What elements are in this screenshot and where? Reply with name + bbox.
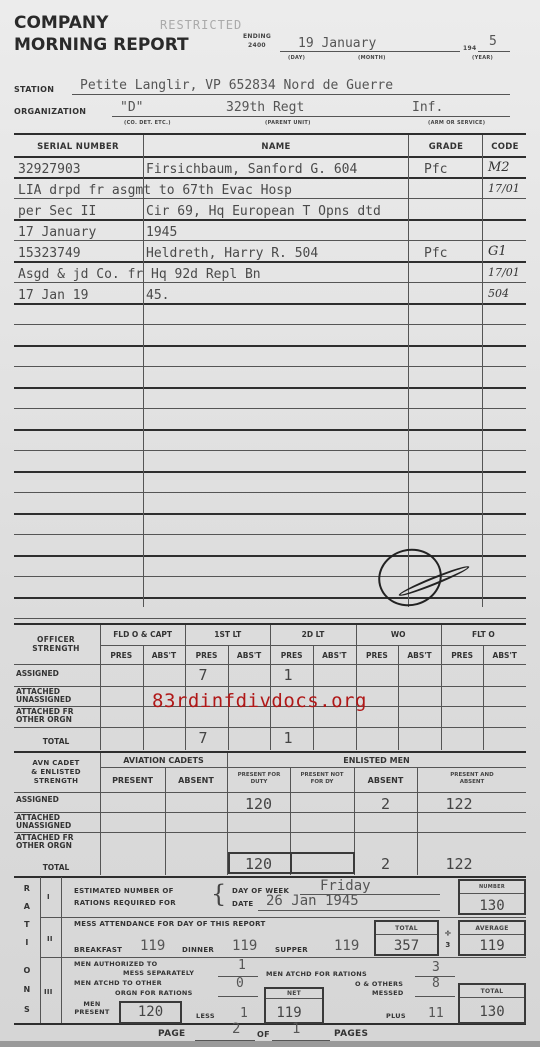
roster-grade: Pfc (424, 246, 447, 261)
estimated-label-2: RATIONS REQUIRED FOR (74, 899, 176, 907)
officer-sub-header: ABS'T (313, 651, 356, 660)
day-caption: (DAY) (288, 55, 305, 61)
station-value: Petite Langlir, VP 652834 Nord de Guerre (80, 78, 393, 93)
sub-present: PRESENT (100, 776, 165, 785)
sub-present-for-duty: PRESENT FOR DUTY (236, 772, 282, 786)
page-label: PAGE (158, 1029, 185, 1039)
mess-attendance-label: MESS ATTENDANCE FOR DAY OF THIS REPORT (74, 920, 266, 928)
enlisted-present-duty-assigned: 120 (227, 795, 290, 813)
roster-remark: 17 January (18, 225, 96, 240)
rations-letter: N (18, 985, 36, 994)
rations-letter: R (18, 884, 36, 893)
date-value: 26 Jan 1945 (266, 893, 359, 909)
row-label-total: TOTAL (16, 738, 96, 746)
title-company: COMPANY (14, 12, 108, 34)
mess-total-value: 357 (374, 938, 439, 954)
officer-sub-header: PRES (100, 651, 143, 660)
enlisted-total-assigned: 122 (417, 795, 501, 813)
of-label: OF (257, 1030, 270, 1039)
enlisted-present-duty-total: 120 (227, 855, 290, 873)
dinner-label: DINNER (182, 946, 214, 954)
officer-sub-header: ABS'T (143, 651, 186, 660)
day-of-week-value: Friday (320, 878, 371, 894)
report-year: 5 (489, 34, 497, 49)
ending-time-label: 2400 (248, 42, 266, 49)
year-caption: (YEAR) (472, 55, 493, 61)
mess-total-label: TOTAL (374, 925, 439, 932)
supper-value: 119 (334, 938, 359, 954)
rations-letter: T (18, 920, 36, 929)
section-i-roman: I (47, 893, 50, 901)
officer-strength-title: OFFICER STRENGTH (14, 635, 98, 653)
group-enlisted-men: ENLISTED MEN (227, 756, 526, 765)
men-present-value: 120 (119, 1004, 182, 1020)
roster-remark: 17 Jan 19 (18, 288, 88, 303)
rations-letter: A (18, 902, 36, 911)
roster-code: M2 (488, 160, 510, 175)
officer-sub-header: PRES (356, 651, 399, 660)
roster-remark: 45. (146, 288, 169, 303)
dinner-value: 119 (232, 938, 257, 954)
row-label-attached-unassigned: ATTACHED UNASSIGNED (16, 688, 96, 704)
roster-code: 17/01 (488, 266, 520, 279)
authorized-label-1: MEN AUTHORIZED TO (74, 960, 157, 968)
officer-sub-header: PRES (441, 651, 484, 660)
group-aviation-cadets: AVIATION CADETS (100, 756, 227, 765)
ending-label: ENDING (243, 33, 271, 40)
arm-caption: (ARM OR SERVICE) (428, 120, 485, 126)
row-label-assigned: ASSIGNED (16, 670, 59, 678)
officer-sub-header: ABS'T (228, 651, 271, 660)
row-label-assigned: ASSIGNED (16, 796, 59, 804)
average-label: AVERAGE (458, 925, 526, 932)
row-label-attached-other: ATTACHED FR OTHER ORGN (16, 708, 96, 724)
classification-stamp: RESTRICTED (160, 18, 242, 32)
attached-for-label: MEN ATCHD FOR RATIONS (266, 970, 367, 978)
ration-total-label: TOTAL (458, 988, 526, 995)
others-messed-label-2: MESSED (372, 989, 404, 997)
col-serial-number: SERIAL NUMBER (14, 142, 142, 152)
roster-remark: per Sec II (18, 204, 96, 219)
pages-label: PAGES (334, 1029, 368, 1039)
total-pages: 1 (292, 1021, 300, 1037)
enlisted-absent-assigned: 2 (354, 795, 417, 813)
morning-report-document: COMPANY MORNING REPORT RESTRICTED ENDING… (0, 0, 540, 1047)
roster-name: Firsichbaum, Sanford G. 604 (146, 162, 357, 177)
less-label: LESS (196, 1012, 215, 1020)
net-value: 119 (264, 1005, 314, 1021)
company-caption: (CO. DET. ETC.) (124, 120, 171, 126)
sub-present-not-for-dy: PRESENT NOT FOR DY (296, 772, 348, 786)
roster-name: Heldreth, Harry R. 504 (146, 246, 318, 261)
officer-sub-header: ABS'T (398, 651, 441, 660)
officer-1st-lt-total: 7 (183, 729, 223, 747)
attached-other-value: 0 (236, 976, 244, 991)
row-label-attached-other: ATTACHED FR OTHER ORGN (16, 834, 96, 850)
breakfast-value: 119 (140, 938, 165, 954)
divide-sign: ÷ (441, 929, 455, 939)
roster-grade: Pfc (424, 162, 447, 177)
title-morning-report: MORNING REPORT (14, 34, 189, 56)
officer-group-header: FLD O & CAPT (100, 630, 185, 639)
col-grade: GRADE (410, 142, 482, 152)
officer-sub-header: PRES (270, 651, 313, 660)
officer-sub-header: PRES (185, 651, 228, 660)
date-label: DATE (232, 900, 253, 908)
officer-group-header: FLT O (441, 630, 526, 639)
col-name: NAME (144, 142, 408, 152)
attached-other-label-2: ORGN FOR RATIONS (115, 989, 193, 997)
watermark-text: 83rdinfdivdocs.org (152, 690, 367, 712)
sub-absent: ABSENT (165, 776, 227, 785)
year-prefix: 194 (463, 45, 476, 52)
rations-letter: I (18, 938, 36, 947)
sub-enlisted-absent: ABSENT (354, 776, 417, 785)
rations-letter: S (18, 1005, 36, 1014)
roster-remark: Cir 69, Hq European T Opns dtd (146, 204, 381, 219)
plus-label: PLUS (386, 1012, 406, 1020)
attached-for-value: 3 (432, 960, 440, 975)
supper-label: SUPPER (275, 946, 308, 954)
col-code: CODE (484, 142, 526, 152)
brace-glyph: { (211, 880, 226, 908)
page-number: 2 (232, 1021, 240, 1037)
enlisted-absent-total: 2 (354, 855, 417, 873)
parent-unit-value: 329th Regt (226, 100, 304, 115)
station-label: STATION (14, 85, 54, 94)
arm-value: Inf. (412, 100, 443, 115)
others-messed-value: 8 (432, 976, 440, 991)
roster-code: 17/01 (488, 182, 520, 195)
less-value: 1 (240, 1006, 248, 1021)
divisor: 3 (441, 941, 455, 949)
row-label-total: TOTAL (16, 864, 96, 872)
officer-sub-header: ABS'T (483, 651, 526, 660)
roster-serial: 32927903 (18, 162, 81, 177)
average-value: 119 (458, 938, 526, 954)
report-date: 19 January (298, 36, 376, 51)
enlisted-grand-total: 122 (417, 855, 501, 873)
ration-total-value: 130 (458, 1004, 526, 1020)
section-iii-roman: III (44, 988, 53, 996)
breakfast-label: BREAKFAST (74, 946, 122, 954)
number-label: NUMBER (458, 884, 526, 890)
sub-present-and-absent: PRESENT AND ABSENT (440, 772, 504, 786)
roster-remark: LIA drpd fr asgmt to 67th Evac Hosp (18, 183, 292, 198)
authorized-label-2: MESS SEPARATELY (123, 969, 194, 977)
estimated-label-1: ESTIMATED NUMBER OF (74, 887, 174, 895)
officer-group-header: WO (356, 630, 441, 639)
roster-code: G1 (488, 244, 507, 259)
enlisted-strength-title: AVN CADET & ENLISTED STRENGTH (14, 759, 98, 786)
officer-2d-lt-assigned: 1 (268, 666, 308, 684)
organization-label: ORGANIZATION (14, 107, 86, 116)
number-value: 130 (458, 898, 526, 914)
roster-serial: 15323749 (18, 246, 81, 261)
section-ii-roman: II (47, 935, 53, 943)
officer-group-header: 1ST LT (185, 630, 270, 639)
plus-value: 11 (428, 1006, 444, 1021)
net-label: NET (264, 990, 324, 997)
officer-2d-lt-total: 1 (268, 729, 308, 747)
parent-caption: (PARENT UNIT) (265, 120, 311, 126)
month-caption: (MONTH) (358, 55, 386, 61)
row-label-attached-unassigned: ATTACHED UNASSIGNED (16, 814, 96, 830)
roster-remark: 1945 (146, 225, 177, 240)
others-messed-label-1: O & OTHERS (355, 980, 403, 988)
men-present-label: MEN PRESENT (66, 1000, 118, 1016)
officer-group-header: 2D LT (270, 630, 355, 639)
company-value: "D" (120, 100, 143, 115)
rations-letter: O (18, 966, 36, 975)
roster-code: 504 (488, 287, 509, 300)
attached-other-label-1: MEN ATCHD TO OTHER (74, 979, 162, 987)
authorized-value: 1 (238, 958, 246, 973)
officer-1st-lt-assigned: 7 (183, 666, 223, 684)
roster-remark: Asgd & jd Co. fr Hq 92d Repl Bn (18, 267, 261, 282)
